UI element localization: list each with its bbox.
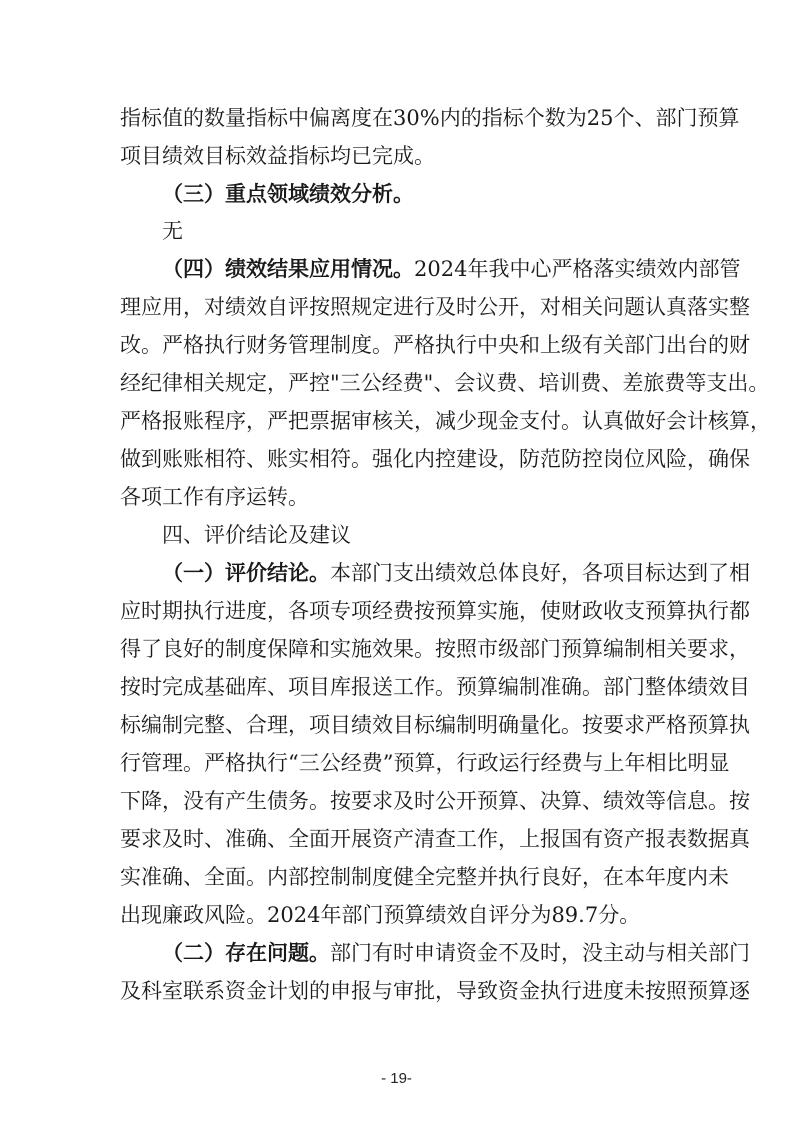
- line-text: 各项工作有序运转。: [120, 485, 309, 509]
- inline-heading: （ 二 ） 存 在 问 题 。: [162, 941, 330, 965]
- body-line: 得 了 良 好 的 制 度 保 障 和 实 施 效 果 。 按 照 市 级 部 …: [120, 634, 673, 664]
- body-line: 无: [162, 216, 673, 246]
- line-text: 无: [162, 219, 183, 243]
- line-text: 做 到 账 账 相 符 、 账 实 相 符 。 强 化 内 控 建 设 ， 防 …: [120, 447, 750, 471]
- body-line: 行 管 理 。 严 格 执 行 “ 三 公 经 费 ” 预 算 ， 行 政 运 …: [120, 748, 673, 778]
- line-text: 要 求 及 时 、 准 确 、 全 面 开 展 资 产 清 查 工 作 ， 上 …: [120, 827, 750, 851]
- body-line: 各项工作有序运转。: [120, 482, 673, 512]
- line-text: 按 时 完 成 基 础 库 、 项 目 库 报 送 工 作 。 预 算 编 制 …: [120, 675, 750, 699]
- line-text: 下 降 ， 没 有 产 生 债 务 。 按 要 求 及 时 公 开 预 算 、 …: [120, 789, 750, 813]
- heading-text: 四、评价结论及建议: [162, 523, 351, 547]
- line-text: 实 准 确 、 全 面 。 内 部 控 制 制 度 健 全 完 整 并 执 行 …: [120, 865, 729, 889]
- line-text: 2 0 2 4 年 我 中 心 严 格 落 实 绩 效 内 部 管: [414, 257, 741, 281]
- line-text: 改 。 严 格 执 行 财 务 管 理 制 度 。 严 格 执 行 中 央 和 …: [120, 333, 750, 357]
- line-text: 项目绩效目标效益指标均已完成。: [120, 144, 435, 168]
- section-heading: 四、评价结论及建议: [162, 520, 673, 550]
- body-line: 改 。 严 格 执 行 财 务 管 理 制 度 。 严 格 执 行 中 央 和 …: [120, 330, 673, 360]
- line-text: 部 门 有 时 申 请 资 金 不 及 时 ， 没 主 动 与 相 关 部 门: [330, 941, 750, 965]
- line-text: 标 编 制 完 整 、 合 理 ， 项 目 绩 效 目 标 编 制 明 确 量 …: [120, 713, 750, 737]
- document-page: 指 标 值 的 数 量 指 标 中 偏 离 度 在 3 0 % 内 的 指 标 …: [0, 0, 793, 1122]
- body-line: 理 应 用 ， 对 绩 效 自 评 按 照 规 定 进 行 及 时 公 开 ， …: [120, 292, 673, 322]
- body-line: 实 准 确 、 全 面 。 内 部 控 制 制 度 健 全 完 整 并 执 行 …: [120, 862, 673, 892]
- line-text: 及 科 室 联 系 资 金 计 划 的 申 报 与 审 批 ， 导 致 资 金 …: [120, 979, 750, 1003]
- body-line: 严 格 报 账 程 序 ， 严 把 票 据 审 核 关 ， 减 少 现 金 支 …: [120, 406, 673, 436]
- page-number: - 19-: [0, 1070, 793, 1087]
- inline-heading: （ 四 ） 绩 效 结 果 应 用 情 况 。: [162, 257, 414, 281]
- line-text: 指 标 值 的 数 量 指 标 中 偏 离 度 在 3 0 % 内 的 指 标 …: [120, 106, 739, 130]
- inline-heading: （ 一 ） 评 价 结 论 。: [162, 561, 330, 585]
- line-text: 行 管 理 。 严 格 执 行 “ 三 公 经 费 ” 预 算 ， 行 政 运 …: [120, 751, 730, 775]
- body-line: 出现廉政风险。2024年部门预算绩效自评分为89.7分。: [120, 900, 673, 930]
- line-text: 得 了 良 好 的 制 度 保 障 和 实 施 效 果 。 按 照 市 级 部 …: [120, 637, 750, 661]
- line-text: 本 部 门 支 出 绩 效 总 体 良 好 ， 各 项 目 标 达 到 了 相: [330, 561, 750, 585]
- paragraph-first-line: （ 四 ） 绩 效 结 果 应 用 情 况 。 2 0 2 4 年 我 中 心 …: [162, 254, 673, 284]
- body-line: 经 纪 律 相 关 规 定 ， 严 控 " 三 公 经 费 " 、 会 议 费 …: [120, 368, 673, 398]
- body-line: 按 时 完 成 基 础 库 、 项 目 库 报 送 工 作 。 预 算 编 制 …: [120, 672, 673, 702]
- body-line: 项目绩效目标效益指标均已完成。: [120, 141, 673, 171]
- subsection-heading-key-areas: （三）重点领域绩效分析。: [162, 179, 673, 209]
- line-text: 应 时 期 执 行 进 度 ， 各 项 专 项 经 费 按 预 算 实 施 ， …: [120, 599, 750, 623]
- body-line: 下 降 ， 没 有 产 生 债 务 。 按 要 求 及 时 公 开 预 算 、 …: [120, 786, 673, 816]
- paragraph-first-line: （ 一 ） 评 价 结 论 。 本 部 门 支 出 绩 效 总 体 良 好 ， …: [162, 558, 673, 588]
- body-line: 标 编 制 完 整 、 合 理 ， 项 目 绩 效 目 标 编 制 明 确 量 …: [120, 710, 673, 740]
- line-text: 理 应 用 ， 对 绩 效 自 评 按 照 规 定 进 行 及 时 公 开 ， …: [120, 295, 750, 319]
- line-text: 经 纪 律 相 关 规 定 ， 严 控 " 三 公 经 费 " 、 会 议 费 …: [120, 371, 769, 395]
- body-line: 指 标 值 的 数 量 指 标 中 偏 离 度 在 3 0 % 内 的 指 标 …: [120, 103, 673, 133]
- line-text: 出现廉政风险。2024年部门预算绩效自评分为89.7分。: [120, 903, 640, 927]
- body-line: 及 科 室 联 系 资 金 计 划 的 申 报 与 审 批 ， 导 致 资 金 …: [120, 976, 673, 1006]
- body-line: 做 到 账 账 相 符 、 账 实 相 符 。 强 化 内 控 建 设 ， 防 …: [120, 444, 673, 474]
- body-line: 要 求 及 时 、 准 确 、 全 面 开 展 资 产 清 查 工 作 ， 上 …: [120, 824, 673, 854]
- heading-text: （三）重点领域绩效分析。: [162, 182, 414, 206]
- line-text: 严 格 报 账 程 序 ， 严 把 票 据 审 核 关 ， 减 少 现 金 支 …: [120, 409, 771, 433]
- paragraph-first-line: （ 二 ） 存 在 问 题 。 部 门 有 时 申 请 资 金 不 及 时 ， …: [162, 938, 673, 968]
- body-line: 应 时 期 执 行 进 度 ， 各 项 专 项 经 费 按 预 算 实 施 ， …: [120, 596, 673, 626]
